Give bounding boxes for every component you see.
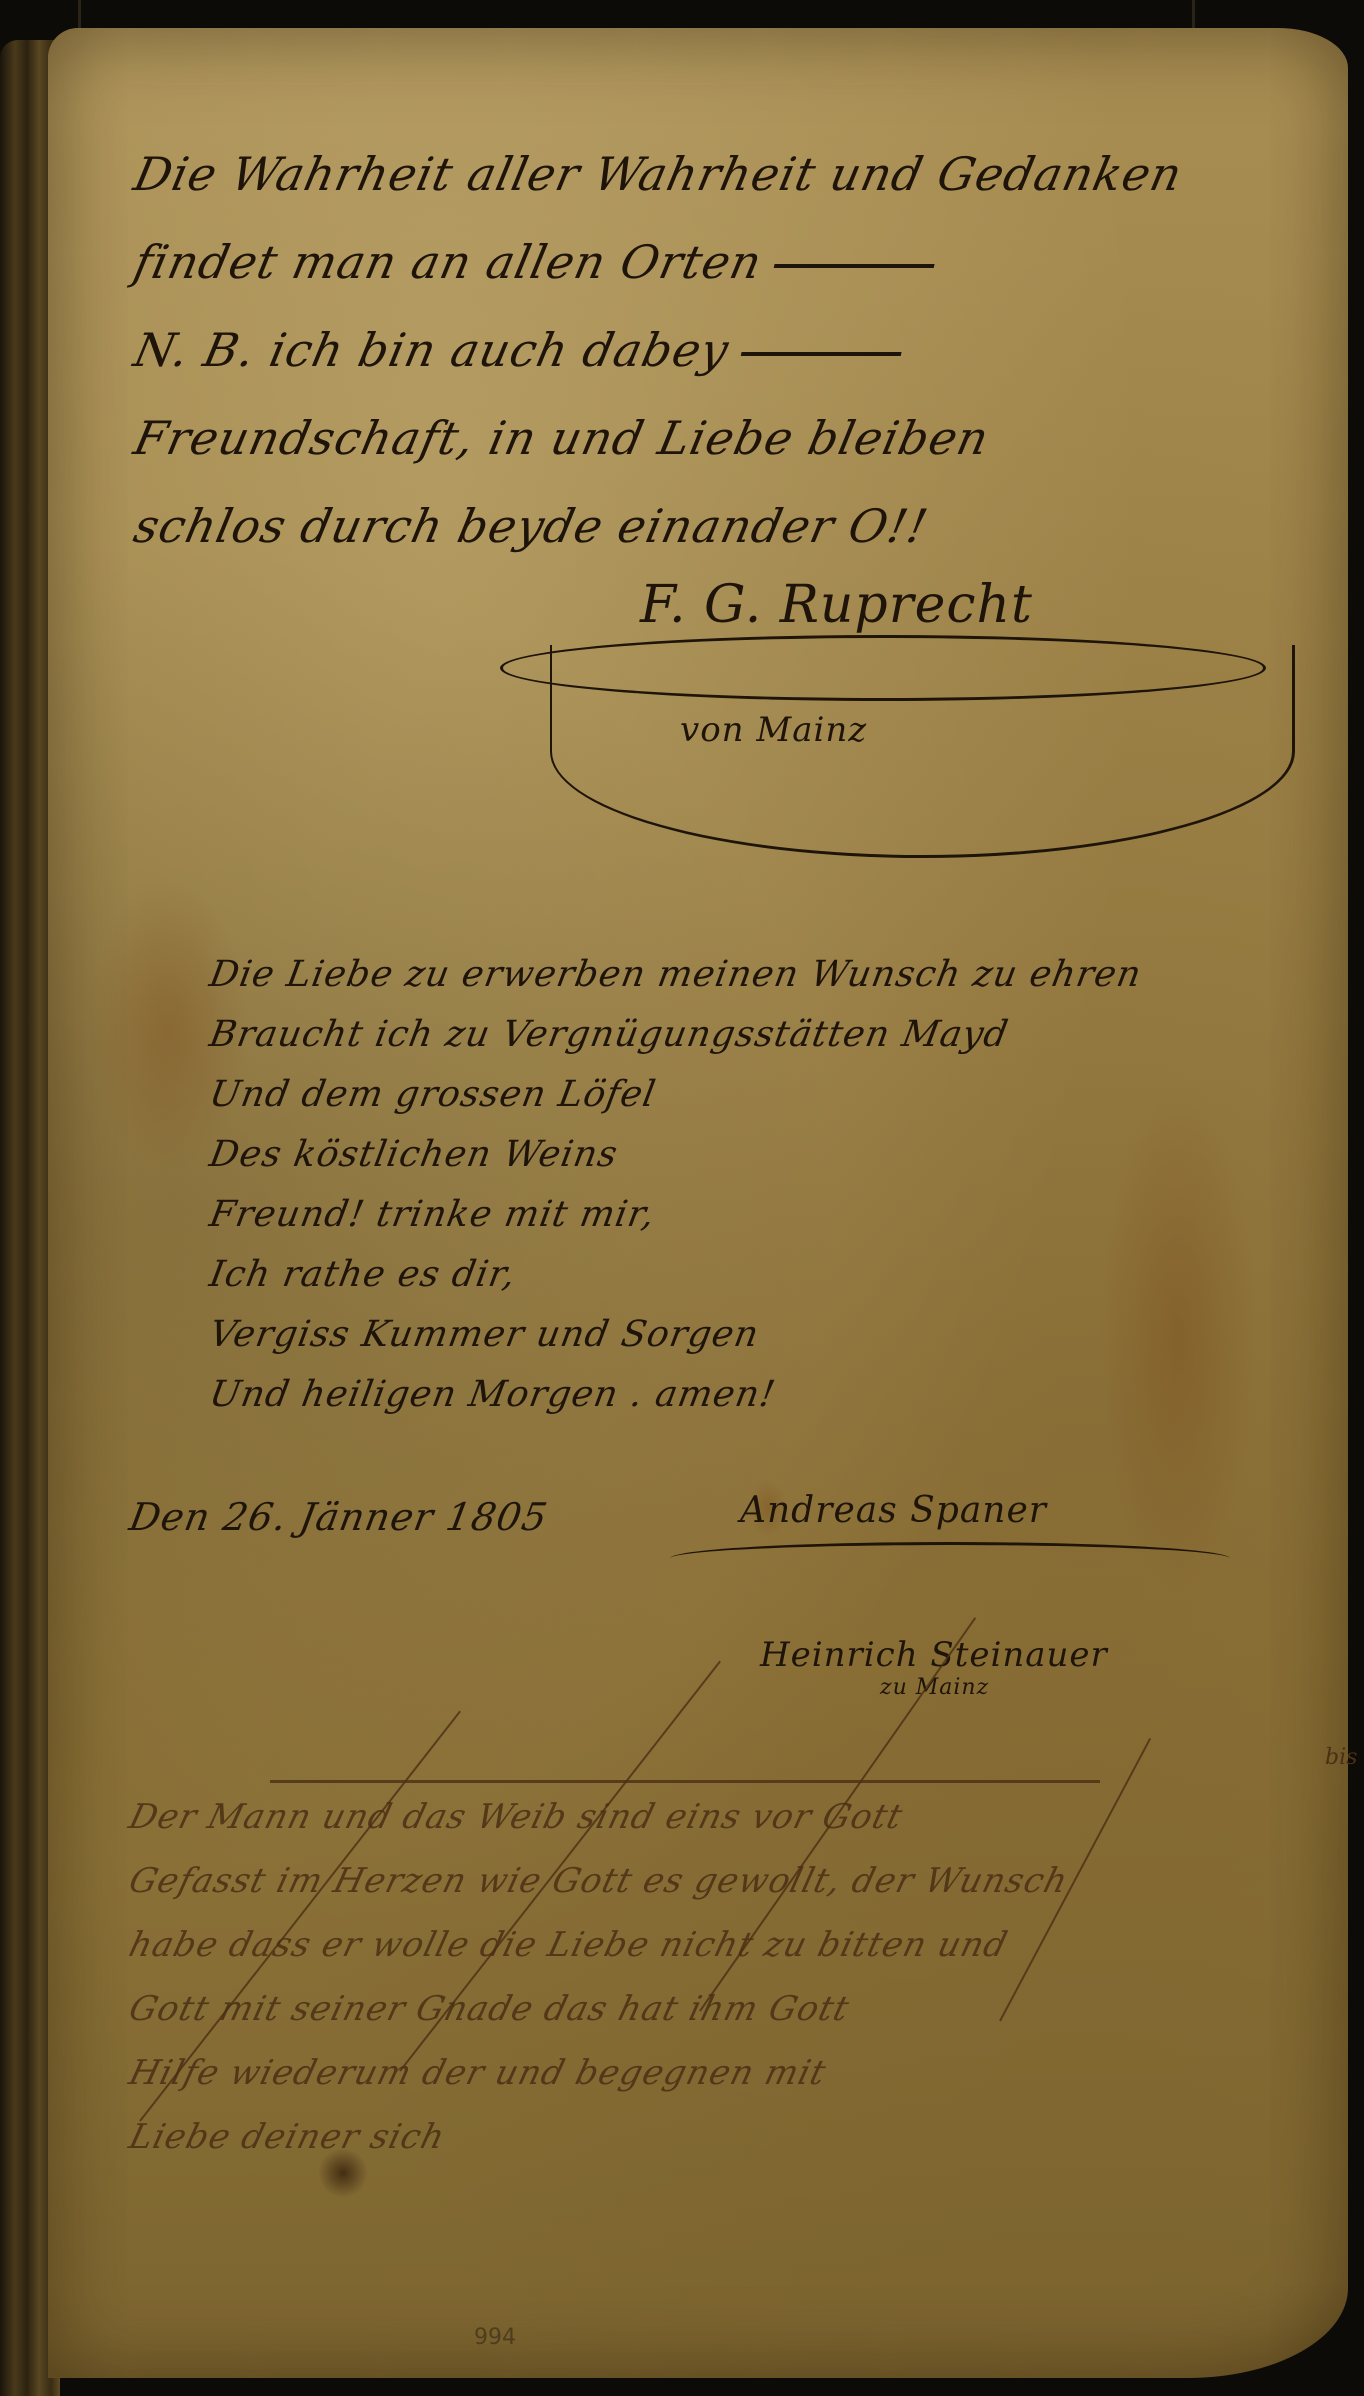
poem-line: Die Liebe zu erwerben meinen Wunsch zu e… — [205, 945, 1147, 1005]
poem-line: Ich rathe es dir, — [205, 1245, 1147, 1305]
signature-name: Heinrich Steinauer — [760, 1635, 1108, 1675]
struck-line: habe dass er wolle die Liebe nicht zu bi… — [122, 1913, 1075, 1977]
struck-line: Gefasst im Herzen wie Gott es gewollt, d… — [122, 1849, 1075, 1913]
signature-steinauer: Heinrich Steinauer zu Mainz — [760, 1635, 1108, 1700]
struck-line: Gott mit seiner Gnade das hat ihm Gott — [122, 1977, 1075, 2041]
entry-1-line: findet man an allen Orten — [126, 218, 1191, 306]
entry-1-line: N. B. ich bin auch dabey — [126, 306, 1191, 394]
entry-1-line: Freundschaft, in und Liebe bleiben — [126, 394, 1191, 482]
entry-1: Die Wahrheit aller Wahrheit und Gedanken… — [135, 130, 1182, 570]
signature-flourish — [670, 1542, 1230, 1575]
strike-through-line — [270, 1780, 1100, 1783]
signature-place: zu Mainz — [880, 1675, 1108, 1700]
underline-dash — [741, 352, 902, 356]
poem-line: Des köstlichen Weins — [205, 1125, 1147, 1185]
poem-line: Braucht ich zu Vergnügungsstätten Mayd — [205, 1005, 1147, 1065]
poem-line: Freund! trinke mit mir, — [205, 1185, 1147, 1245]
signature-ruprecht: F. G. Ruprecht von Mainz — [640, 575, 1033, 635]
poem-line: Und heiligen Morgen . amen! — [205, 1365, 1147, 1425]
signature-spaner: Andreas Spaner — [740, 1490, 1047, 1531]
signature-name: Andreas Spaner — [740, 1490, 1047, 1531]
page-number: 994 — [474, 2325, 516, 2350]
struck-line: Hilfe wiederum der und begegnen mit — [122, 2041, 1075, 2105]
entry-date: Den 26. Jänner 1805 — [126, 1495, 551, 1539]
entry-2-poem: Die Liebe zu erwerben meinen Wunsch zu e… — [210, 945, 1141, 1425]
entry-3-struck: Der Mann und das Weib sind eins vor Gott… — [130, 1785, 1067, 2169]
signature-name: F. G. Ruprecht — [640, 575, 1033, 635]
signature-place: von Mainz — [680, 710, 867, 750]
signature-flourish — [550, 645, 1295, 858]
poem-line: Und dem grossen Löfel — [205, 1065, 1147, 1125]
poem-line: Vergiss Kummer und Sorgen — [205, 1305, 1147, 1365]
entry-1-line: Die Wahrheit aller Wahrheit und Gedanken — [126, 130, 1191, 218]
margin-note: bis — [1325, 1745, 1357, 1770]
underline-dash — [774, 264, 935, 268]
entry-1-line: schlos durch beyde einander O!! — [126, 482, 1191, 570]
struck-line: Liebe deiner sich — [122, 2105, 1075, 2169]
